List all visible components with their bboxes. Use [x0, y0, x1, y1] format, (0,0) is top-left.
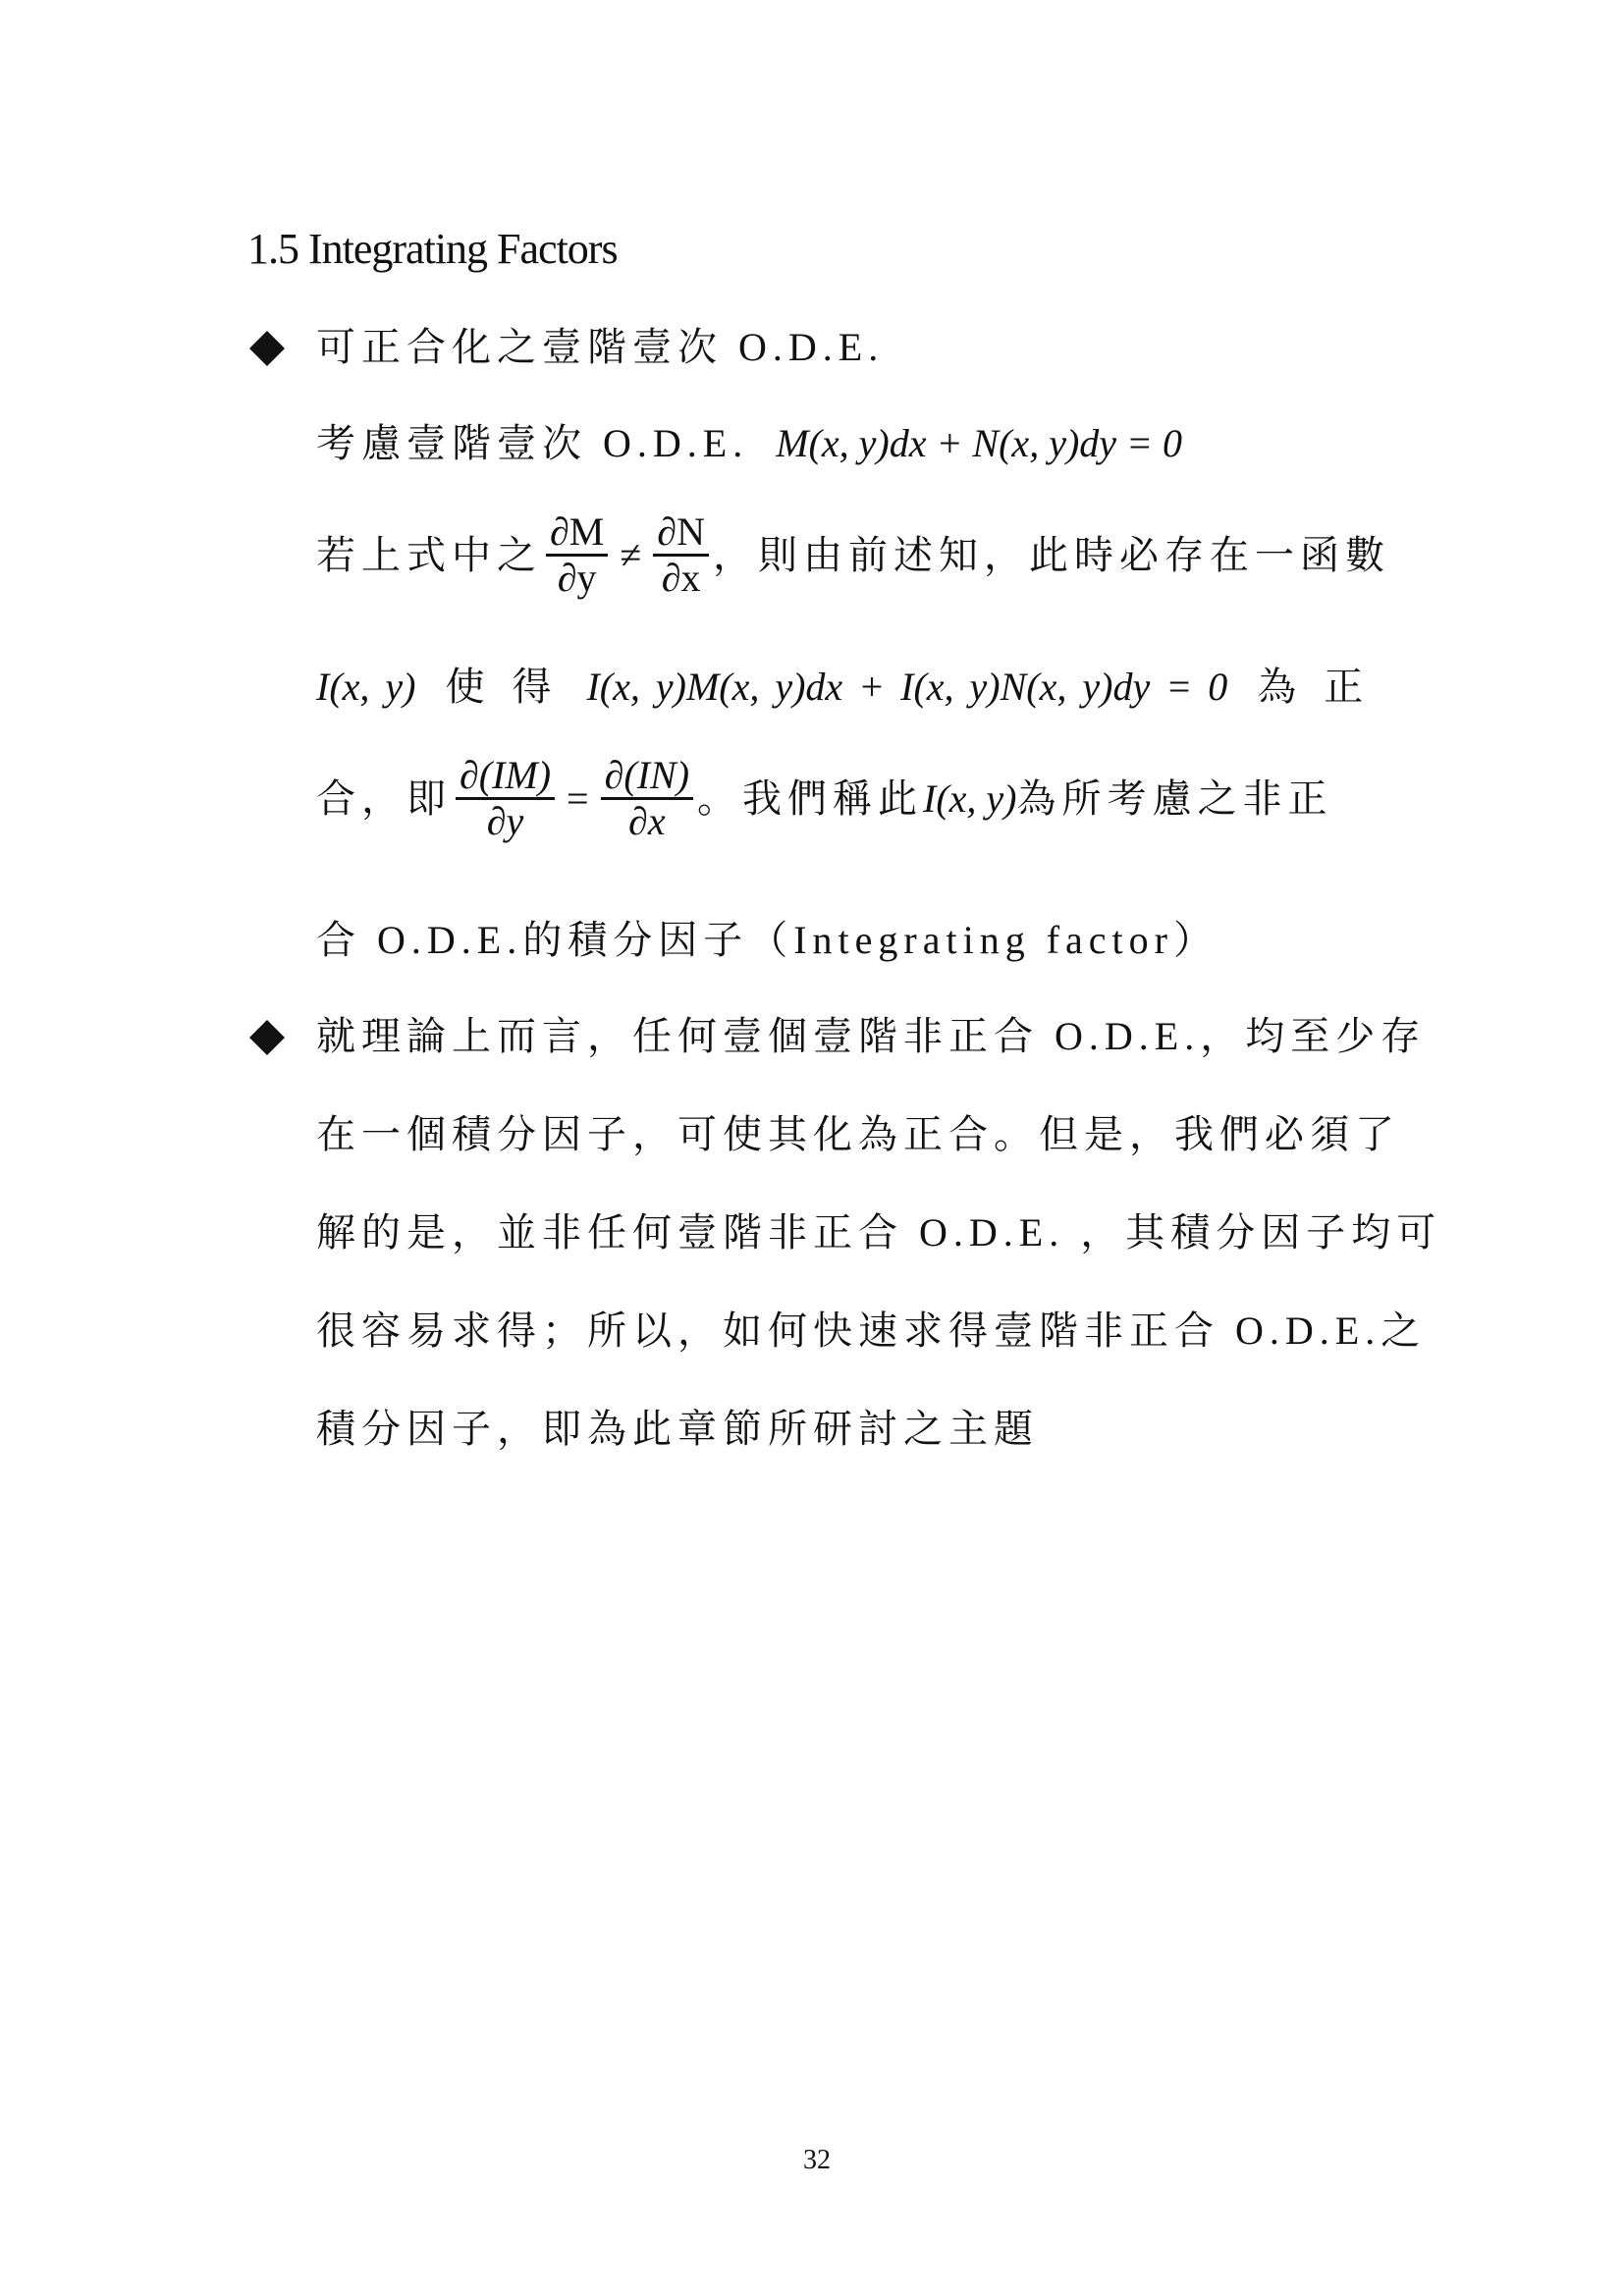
numerator: ∂N [653, 510, 709, 554]
ode-equation: M(x, y)dx + N(x, y)dy = 0 [776, 421, 1182, 465]
section-heading: 1.5 Integrating Factors [247, 224, 618, 274]
line4-suffix: 為所考慮之非正 [1016, 779, 1332, 819]
line3-text2: 為 正 [1257, 665, 1369, 709]
numerator: ∂(IN) [601, 754, 693, 797]
paragraph-line: 很容易求得；所以，如何快速求得壹階非正合 O.D.E.之 [316, 1311, 1426, 1351]
bullet-1-title: 可正合化之壹階壹次 O.D.E. [316, 328, 884, 367]
denominator: ∂y [483, 800, 528, 843]
equals-sign: = [567, 779, 589, 819]
line2-suffix: ，則由前述知，此時必存在一函數 [713, 536, 1390, 575]
fraction-dN-dx: ∂N ∂x [653, 510, 709, 600]
fraction-dM-dy: ∂M ∂y [546, 510, 608, 600]
not-equal-sign: ≠ [620, 536, 641, 575]
diamond-bullet-icon [248, 1019, 286, 1056]
fraction-dIN-dx: ∂(IN) ∂x [601, 754, 693, 843]
paragraph-line: 積分因子，即為此章節所研討之主題 [316, 1410, 1039, 1449]
integrating-factor-var: I(x, y) [923, 779, 1016, 819]
integrating-factor-var: I(x, y) [316, 665, 415, 709]
line4-mid: 。我們稱此 [697, 779, 923, 819]
equation-line-1: 考慮壹階壹次 O.D.E. M(x, y)dx + N(x, y)dy = 0 [316, 424, 1182, 463]
equation-line-3: I(x, y) 使 得 I(x, y)M(x, y)dx + I(x, y)N(… [316, 667, 1369, 707]
paragraph-line: 解的是，並非任何壹階非正合 O.D.E. ，其積分因子均可 [316, 1213, 1441, 1253]
line3-text1: 使 得 [445, 665, 557, 709]
numerator: ∂M [546, 510, 608, 554]
denominator: ∂x [624, 800, 670, 843]
line-5: 合 O.D.E.的積分因子（Integrating factor） [316, 921, 1218, 960]
diamond-bullet-icon [248, 330, 286, 367]
numerator: ∂(IM) [456, 754, 555, 797]
equation-line-2: 若上式中之 ∂M ∂y ≠ ∂N ∂x ，則由前述知，此時必存在一函數 [316, 510, 1390, 600]
exact-equation: I(x, y)M(x, y)dx + I(x, y)N(x, y)dy = 0 [586, 665, 1227, 709]
page-number: 32 [803, 2145, 831, 2176]
paragraph-line: 在一個積分因子，可使其化為正合。但是，我們必須了 [316, 1115, 1400, 1154]
paragraph-line: 就理論上而言，任何壹個壹階非正合 O.D.E.，均至少存 [316, 1017, 1426, 1056]
equation-line-4: 合，即 ∂(IM) ∂y = ∂(IN) ∂x 。我們稱此 I(x, y) 為所… [316, 754, 1332, 843]
fraction-dIM-dy: ∂(IM) ∂y [456, 754, 555, 843]
line2-prefix: 若上式中之 [316, 536, 542, 575]
denominator: ∂y [554, 557, 601, 600]
line4-prefix: 合，即 [316, 779, 452, 819]
line1-text: 考慮壹階壹次 O.D.E. [316, 421, 748, 465]
denominator: ∂x [658, 557, 705, 600]
